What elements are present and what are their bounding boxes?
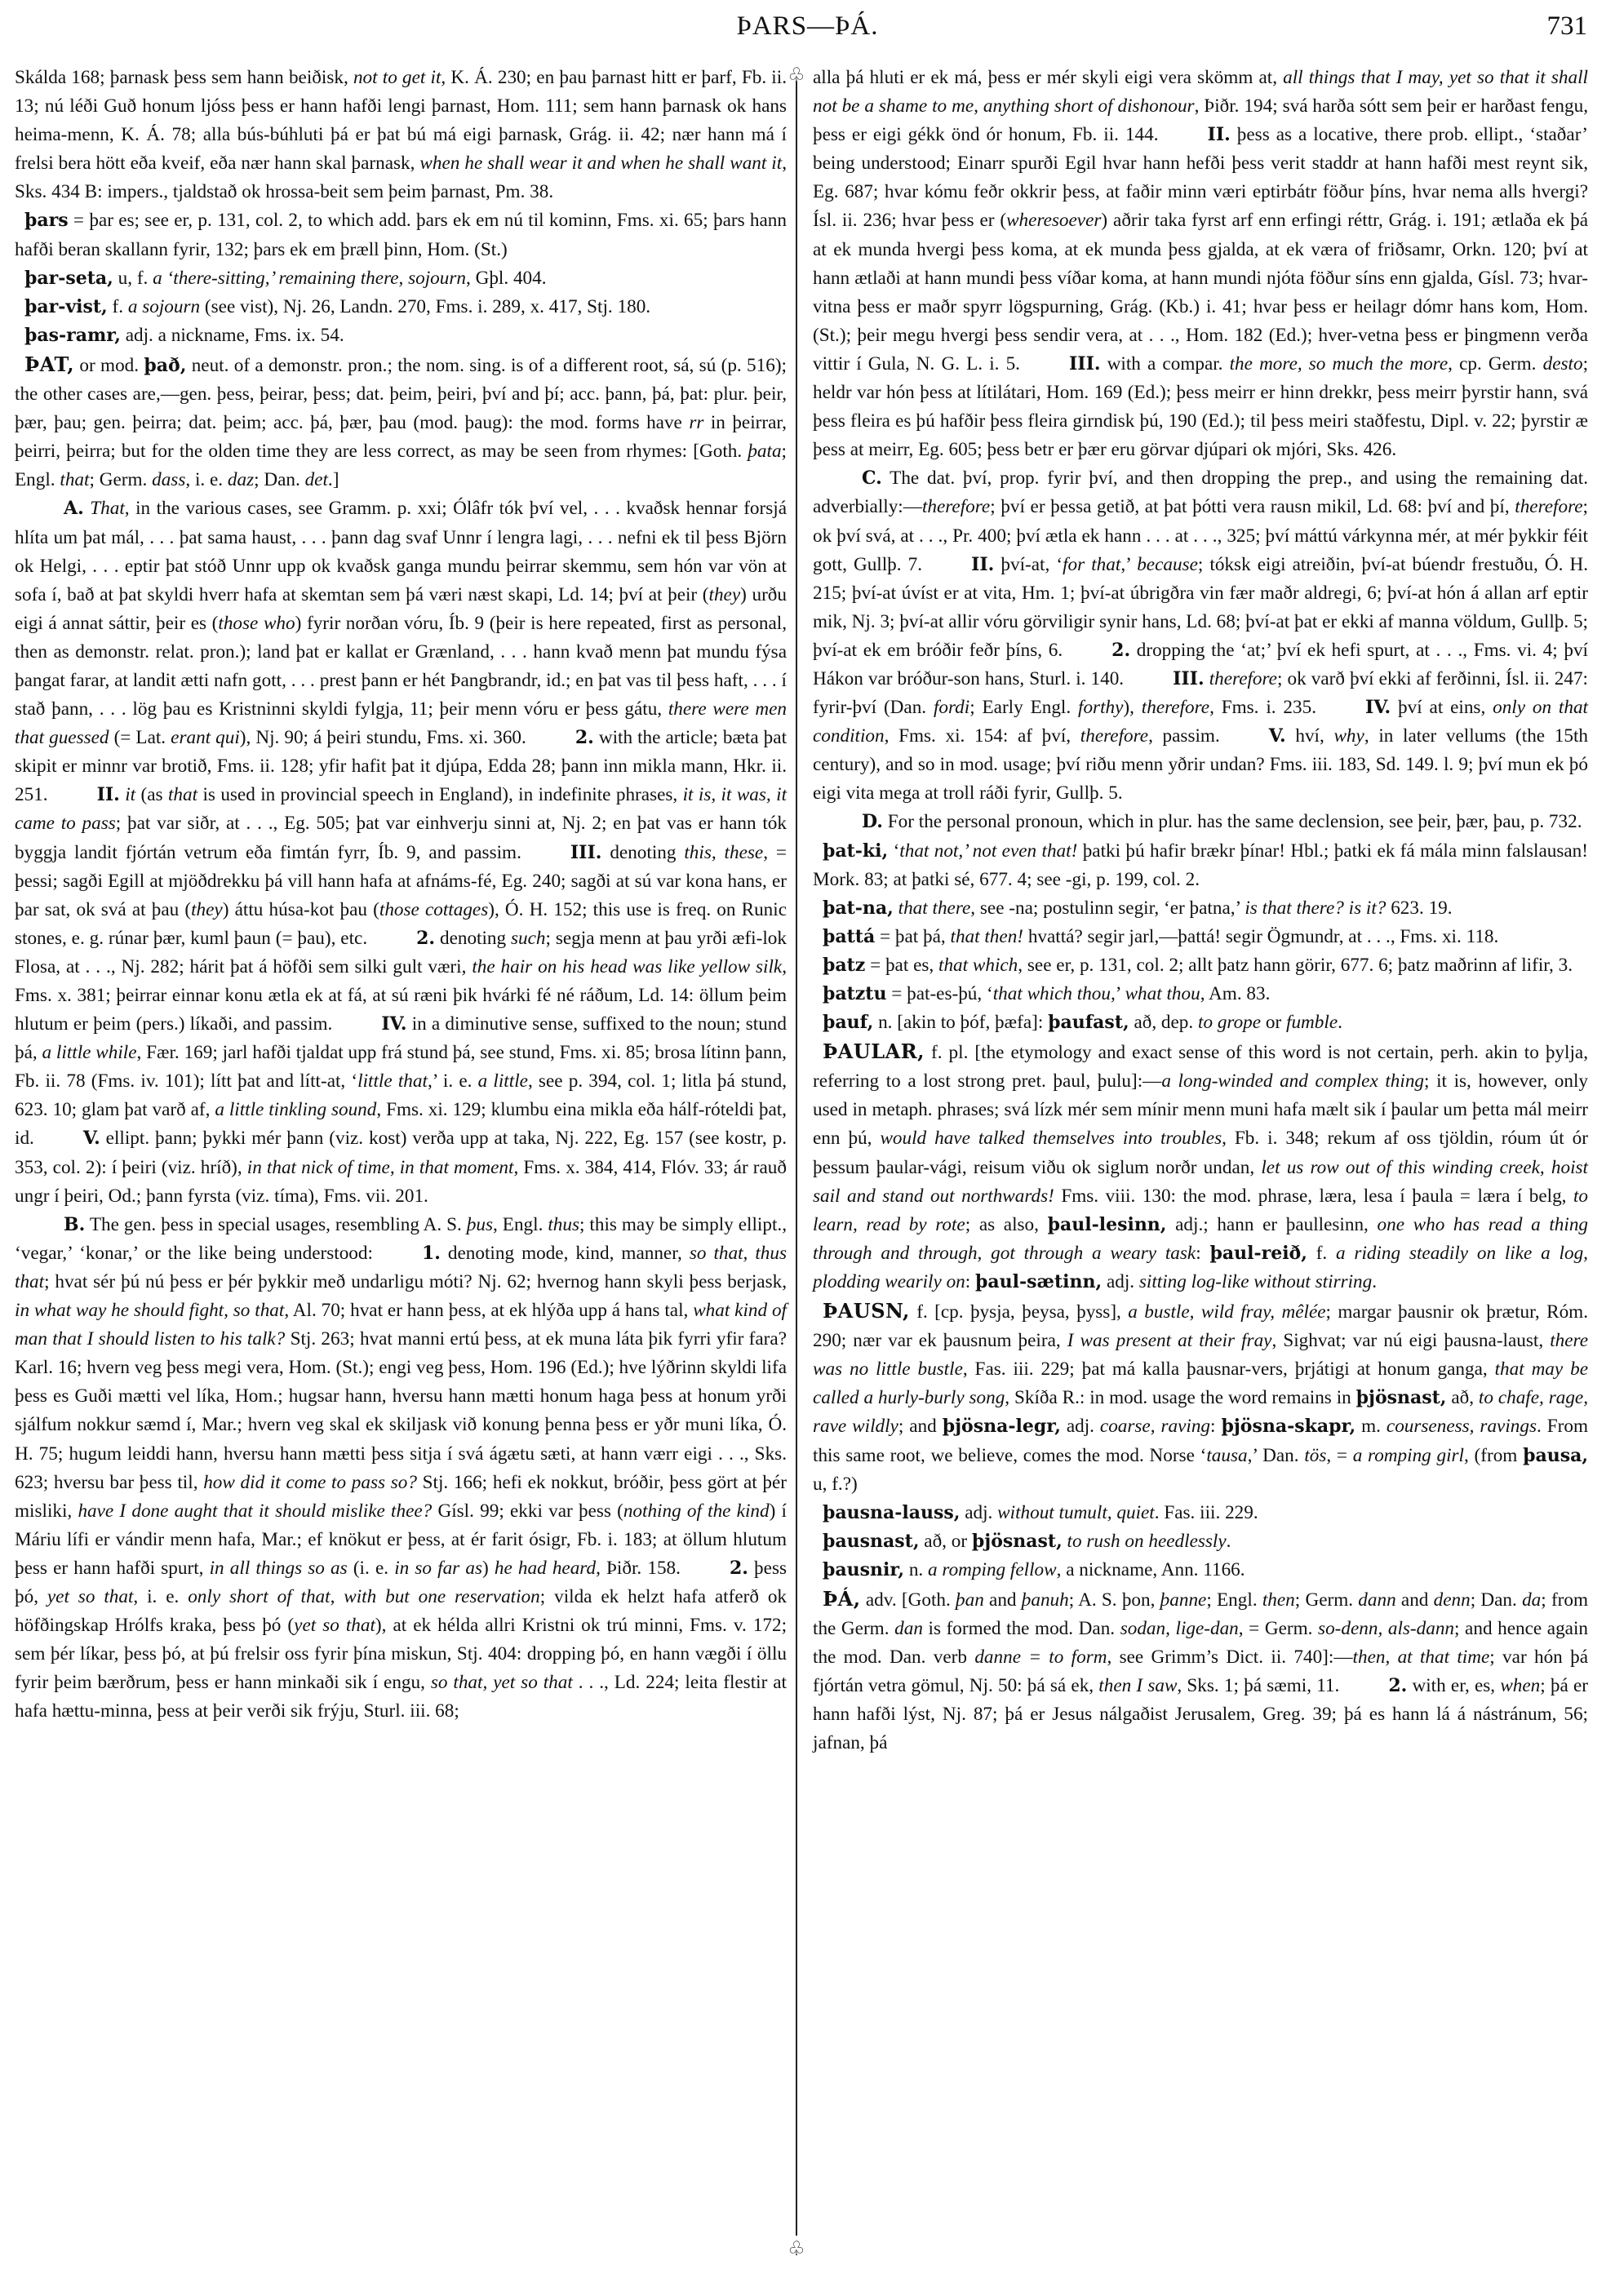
- gloss-italic: therefore: [1515, 496, 1582, 517]
- headword: þar-vist,: [24, 296, 108, 317]
- text-run: (as: [135, 784, 168, 805]
- headword: þars: [24, 210, 69, 231]
- gloss-italic: a little while: [42, 1042, 137, 1063]
- gloss-italic: that: [60, 469, 89, 490]
- dictionary-entry: þar-seta, u, f. a ‘there-sitting,’ remai…: [15, 264, 787, 293]
- gloss-italic: That: [90, 498, 125, 519]
- text-run: ; Early Engl.: [969, 697, 1078, 718]
- text-run: adj.: [1061, 1416, 1100, 1437]
- gloss-italic: a bustle, wild fray, mêlée: [1128, 1301, 1325, 1323]
- sense-marker: III.: [1069, 353, 1101, 375]
- headword: þauf,: [823, 1012, 873, 1033]
- dictionary-entry: þat-na, that there, see -na; postulinn s…: [813, 894, 1588, 923]
- text-run: , Fas. iii. 229; þat má kalla þausnar-ve…: [963, 1359, 1495, 1380]
- running-head: ÞARS—ÞÁ. 731: [0, 0, 1615, 57]
- gloss-italic: so that, yet so that: [431, 1672, 573, 1693]
- gloss-italic: therefore: [1209, 668, 1277, 689]
- gloss-italic: da: [1522, 1589, 1541, 1611]
- headword: þat-ki,: [823, 840, 888, 862]
- entry-section: A. That, in the various cases, see Gramm…: [15, 494, 787, 1210]
- headword: þausnast,: [823, 1531, 919, 1552]
- text-run: denoting: [435, 928, 511, 949]
- gloss-italic: nothing of the kind: [623, 1500, 770, 1522]
- gloss-italic: they: [709, 584, 741, 605]
- text-run: n. [akin to þóf, þæfa]:: [873, 1012, 1048, 1033]
- gloss-italic: a little tinkling sound: [215, 1099, 376, 1120]
- text-run: ,’: [1120, 554, 1137, 575]
- gloss-italic: therefore: [922, 496, 990, 517]
- gloss-italic: fumble: [1286, 1012, 1338, 1033]
- sense-marker: III.: [1173, 668, 1205, 689]
- gloss-italic: in so far as: [394, 1558, 482, 1579]
- text-run: , Sks. 1; þá sæmi, 11.: [1177, 1675, 1339, 1696]
- sense-marker: D.: [862, 811, 883, 832]
- sense-marker: 2.: [1388, 1675, 1407, 1696]
- dictionary-entry: þars = þar es; see er, p. 131, col. 2, t…: [15, 206, 787, 264]
- sense-marker: V.: [83, 1128, 100, 1149]
- text-run: = þar es; see er, p. 131, col. 2, to whi…: [15, 210, 787, 259]
- text-run: , passim.: [1148, 725, 1220, 747]
- headword: þar-seta,: [24, 268, 113, 289]
- dictionary-entry: ÞAUSN, f. [cp. þysja, þeysa, þyss], a bu…: [813, 1296, 1588, 1499]
- text-run: .: [1372, 1271, 1377, 1292]
- sense-marker: V.: [1269, 725, 1286, 747]
- gloss-italic: a romping fellow: [928, 1559, 1057, 1580]
- gloss-italic: so-denn, als-dann: [1318, 1618, 1454, 1639]
- gloss-italic: sitting log-like without stirring: [1139, 1271, 1372, 1292]
- text-run: (= Lat.: [109, 727, 171, 748]
- text-run: , Al. 70; hvat er hann þess, at ek hlýða…: [284, 1300, 693, 1321]
- text-run: , in the various cases, see Gramm. p. xx…: [15, 498, 787, 605]
- dictionary-entry: þatztu = þat-es-þú, ‘that which thou,’ w…: [813, 980, 1588, 1008]
- gloss-italic: he had heard: [495, 1558, 596, 1579]
- gloss-italic: a long-winded and complex thing: [1161, 1070, 1424, 1092]
- dictionary-entry: þas-ramr, adj. a nickname, Fms. ix. 54.: [15, 321, 787, 350]
- text-run: , Sighvat; var nú eigi þausna-laust,: [1271, 1330, 1550, 1351]
- text-run: ,’ Dan.: [1248, 1445, 1305, 1466]
- gloss-italic: without tumult, quiet: [997, 1502, 1155, 1523]
- gloss-italic: danne = to form: [974, 1647, 1107, 1668]
- text-run: For the personal pronoun, which in plur.…: [883, 811, 1582, 832]
- text-run: u, f.?): [813, 1474, 858, 1495]
- text-run: f.: [108, 296, 128, 317]
- running-title: ÞARS—ÞÁ.: [0, 11, 1615, 42]
- text-run: , cp. Germ.: [1448, 353, 1542, 375]
- text-run: , Gþl. 404.: [466, 268, 547, 289]
- right-column: alla þá hluti er ek má, þess er mér skyl…: [813, 64, 1588, 1758]
- gloss-italic: why: [1333, 725, 1364, 747]
- text-run: því-at, ‘: [994, 554, 1063, 575]
- headword: þjösna-skapr,: [1221, 1416, 1355, 1437]
- gloss-italic: that there: [898, 898, 971, 919]
- dictionary-entry: þausnast, að, or þjösnast, to rush on he…: [813, 1527, 1588, 1556]
- text-run: , = Germ.: [1239, 1618, 1318, 1639]
- text-run: n.: [904, 1559, 928, 1580]
- headword: þausa,: [1523, 1445, 1588, 1466]
- text-run: ; Dan.: [254, 469, 304, 490]
- text-run: :: [965, 1271, 975, 1292]
- dictionary-entry: þar-vist, f. a sojourn (see vist), Nj. 2…: [15, 293, 787, 321]
- text-run: Gísl. 99; ekki var þess (: [432, 1500, 623, 1522]
- text-run: ; Engl.: [1206, 1589, 1262, 1611]
- gloss-italic: a little: [478, 1070, 528, 1092]
- headword: þaul-sætinn,: [975, 1271, 1102, 1292]
- text-run: adj.; hann er þaullesinn,: [1166, 1214, 1377, 1235]
- gloss-italic: when he shall wear it and when he shall …: [419, 153, 782, 174]
- headword: þas-ramr,: [24, 325, 121, 346]
- text-run: The gen. þess in special usages, resembl…: [85, 1214, 467, 1235]
- text-run: því at eins,: [1391, 697, 1493, 718]
- headword: þjösnast,: [1356, 1387, 1447, 1408]
- text-run: denoting mode, kind, manner,: [441, 1243, 690, 1264]
- text-run: , (from: [1464, 1445, 1523, 1466]
- text-run: and: [984, 1589, 1022, 1611]
- headword: það,: [144, 355, 186, 376]
- gloss-italic: a ‘there-sitting,’ remaining there, sojo…: [153, 268, 466, 289]
- text-run: alla þá hluti er ek má, þess er mér skyl…: [813, 67, 1283, 88]
- gloss-italic: to rush on heedlessly: [1067, 1531, 1227, 1552]
- text-run: with a compar.: [1101, 353, 1230, 375]
- text-run: að, or: [919, 1531, 971, 1552]
- text-run: .: [1227, 1531, 1231, 1552]
- text-run: , Þiðr. 158.: [596, 1558, 681, 1579]
- gloss-italic: the more, so much the more: [1230, 353, 1449, 375]
- dictionary-entry: þausna-lauss, adj. without tumult, quiet…: [813, 1499, 1588, 1527]
- headword: ÞAUSN,: [823, 1299, 910, 1323]
- dictionary-entry: ÞAT, or mod. það, neut. of a demonstr. p…: [15, 350, 787, 494]
- gloss-italic: dass: [152, 469, 185, 490]
- gloss-italic: wheresoever: [1006, 210, 1101, 231]
- text-run: .: [1338, 1012, 1342, 1033]
- text-run: denoting: [601, 842, 684, 863]
- gloss-italic: denn: [1434, 1589, 1471, 1611]
- gloss-italic: coarse, raving: [1100, 1416, 1210, 1437]
- text-run: ‘: [888, 840, 899, 862]
- text-run: adj. a nickname, Fms. ix. 54.: [121, 325, 344, 346]
- text-run: Stj. 263; hvat manni ertú þess, at ek mu…: [15, 1328, 787, 1492]
- text-run: ; as also,: [965, 1214, 1048, 1235]
- gloss-italic: þan: [956, 1589, 984, 1611]
- headword: ÞAULAR,: [823, 1039, 925, 1063]
- text-run: Fms. viii. 130: the mod. phrase, læra, l…: [1054, 1186, 1573, 1207]
- gloss-italic: in what way he should fight, so that: [15, 1300, 284, 1321]
- gloss-italic: þanuh: [1022, 1589, 1069, 1611]
- gloss-italic: erant qui: [171, 727, 240, 748]
- page-number: 731: [1547, 11, 1588, 42]
- gloss-italic: then: [1262, 1589, 1295, 1611]
- text-run: and: [1396, 1589, 1434, 1611]
- headword: þatz: [823, 955, 865, 976]
- headword: þattá: [823, 926, 875, 947]
- text-run: adv. [Goth.: [861, 1589, 956, 1611]
- text-run: ; Dan.: [1471, 1589, 1522, 1611]
- gloss-italic: in that nick of time, in that moment: [247, 1157, 514, 1178]
- gloss-italic: tausa: [1206, 1445, 1247, 1466]
- gloss-italic: courseness, ravings: [1387, 1416, 1537, 1437]
- column-divider: [796, 82, 797, 2236]
- gloss-italic: sodan, lige-dan: [1120, 1618, 1239, 1639]
- text-run: ; Germ.: [1295, 1589, 1359, 1611]
- text-run: , i. e.: [133, 1586, 188, 1607]
- text-run: adj.: [960, 1502, 997, 1523]
- sense-marker: III.: [570, 842, 602, 863]
- text-run: hvattá? segir jarl,—þattá! segir Ögmundr…: [1023, 926, 1498, 947]
- text-run: (see vist), Nj. 26, Landn. 270, Fms. i. …: [200, 296, 650, 317]
- sense-marker: C.: [862, 468, 882, 489]
- gloss-italic: dann: [1358, 1589, 1395, 1611]
- text-run: or: [1261, 1012, 1286, 1033]
- text-run: (i. e.: [348, 1558, 395, 1579]
- gloss-italic: then I saw: [1098, 1675, 1177, 1696]
- text-run: ’: [1116, 983, 1125, 1004]
- gloss-italic: when: [1500, 1675, 1540, 1696]
- gloss-italic: they: [191, 899, 223, 920]
- sense-marker: 2.: [575, 727, 594, 748]
- gloss-italic: forthy: [1078, 697, 1123, 718]
- headword: þausnir,: [823, 1559, 904, 1580]
- gloss-italic: little that: [357, 1070, 428, 1092]
- sense-marker: 2.: [1111, 640, 1130, 661]
- gloss-italic: that then!: [951, 926, 1024, 947]
- gloss-italic: that not,’ not even that!: [899, 840, 1077, 862]
- headword: þaul-reið,: [1209, 1243, 1307, 1264]
- dictionary-entry: þat-ki, ‘that not,’ not even that! þatki…: [813, 837, 1588, 894]
- text-run: :: [1210, 1416, 1221, 1437]
- sense-marker: IV.: [381, 1013, 406, 1035]
- text-run: , =: [1326, 1445, 1352, 1466]
- entry-continuation: alla þá hluti er ek má, þess er mér skyl…: [813, 64, 1588, 464]
- gloss-italic: the hair on his head was like yellow sil…: [472, 956, 782, 977]
- text-run: u, f.: [113, 268, 153, 289]
- headword: ÞAT,: [24, 352, 74, 376]
- entry-section: D. For the personal pronoun, which in pl…: [813, 808, 1588, 836]
- text-run: is formed the mod. Dan.: [923, 1618, 1120, 1639]
- text-run: ; því er þessa getið, at þat þótti vera …: [990, 496, 1515, 517]
- sense-marker: IV.: [1365, 697, 1391, 718]
- gloss-italic: tös: [1304, 1445, 1326, 1466]
- text-run: adj.: [1102, 1271, 1139, 1292]
- sense-marker: B.: [64, 1214, 85, 1235]
- dictionary-entry: ÞÁ, adv. [Goth. þan and þanuh; A. S. þon…: [813, 1585, 1588, 1758]
- text-run: = þat es,: [865, 955, 938, 976]
- text-run: að, dep.: [1129, 1012, 1198, 1033]
- gloss-italic: those cottages: [379, 899, 488, 920]
- text-run: Skálda 168; þarnask þess sem hann beiðis…: [15, 67, 353, 88]
- text-run: ; and: [898, 1416, 943, 1437]
- entry-section: B. The gen. þess in special usages, rese…: [15, 1211, 787, 1726]
- left-column: Skálda 168; þarnask þess sem hann beiðis…: [15, 64, 787, 1726]
- gloss-italic: would have talked themselves into troubl…: [880, 1128, 1222, 1149]
- dictionary-entry: þattá = þat þá, that then! hvattá? segir…: [813, 923, 1588, 951]
- gloss-italic: daz: [228, 469, 254, 490]
- headword: þat-na,: [823, 898, 894, 919]
- dictionary-entry: ÞAULAR, f. pl. [the etymology and exact …: [813, 1037, 1588, 1296]
- gloss-italic: I was present at their fray: [1067, 1330, 1272, 1351]
- headword: þaul-lesinn,: [1048, 1214, 1167, 1235]
- gloss-italic: such: [511, 928, 546, 949]
- text-run: ),: [1123, 697, 1141, 718]
- gloss-italic: rr: [689, 412, 703, 433]
- gloss-italic: desto: [1543, 353, 1583, 375]
- gloss-italic: what thou: [1125, 983, 1200, 1004]
- gloss-italic: therefore: [1080, 725, 1148, 747]
- gloss-italic: in all things so as: [210, 1558, 348, 1579]
- text-run: ): [482, 1558, 495, 1579]
- text-run: ) aðrir taka fyrst arf enn erfingi réttr…: [813, 210, 1588, 374]
- gloss-italic: how did it come to pass so?: [203, 1472, 417, 1493]
- gloss-italic: a sojourn: [128, 296, 200, 317]
- text-run: :: [1196, 1243, 1209, 1264]
- sense-marker: II.: [971, 554, 994, 575]
- text-run: ; A. S. þon,: [1069, 1589, 1160, 1611]
- text-run: is used in provincial speech in England)…: [197, 784, 683, 805]
- gloss-italic: this, these: [684, 842, 763, 863]
- trefoil-ornament-icon: ♧: [785, 2237, 808, 2260]
- gloss-italic: have I done aught that it should mislike…: [78, 1500, 432, 1522]
- text-run: , see Grimm’s Dict. ii. 740]:—: [1107, 1647, 1352, 1668]
- text-run: . Fas. iii. 229.: [1155, 1502, 1258, 1523]
- text-run: ,’ i. e.: [428, 1070, 478, 1092]
- text-run: , Skíða R.: in mod. usage the word remai…: [1005, 1387, 1355, 1408]
- gloss-italic: thus: [548, 1214, 579, 1235]
- text-run: , Fms. i. 235.: [1209, 697, 1316, 718]
- text-run: , Fms. xi. 154: af því,: [885, 725, 1080, 747]
- text-run: , Engl.: [493, 1214, 548, 1235]
- text-run: , see -na; postulinn segir, ‘er þatna,’: [970, 898, 1245, 919]
- gloss-italic: þus: [467, 1214, 493, 1235]
- dictionary-entry: þauf, n. [akin to þóf, þæfa]: þaufast, a…: [813, 1008, 1588, 1037]
- text-run: ), Nj. 90; á þeiri stundu, Fms. xi. 360.: [240, 727, 526, 748]
- gloss-italic: because: [1137, 554, 1198, 575]
- text-run: f.: [1307, 1243, 1336, 1264]
- text-run: að,: [1446, 1387, 1478, 1408]
- headword: þatztu: [823, 983, 886, 1004]
- headword: ÞÁ,: [823, 1587, 861, 1611]
- gloss-italic: that which: [938, 955, 1018, 976]
- sense-marker: II.: [97, 784, 120, 805]
- text-run: with er, es,: [1407, 1675, 1500, 1696]
- headword: þausna-lauss,: [823, 1502, 960, 1523]
- text-run: = þat-es-þú, ‘: [886, 983, 992, 1004]
- gloss-italic: only short of that, with but one reserva…: [188, 1586, 540, 1607]
- gloss-italic: therefore: [1142, 697, 1209, 718]
- text-run: or mod.: [74, 355, 144, 376]
- text-run: , Am. 83.: [1200, 983, 1271, 1004]
- text-run: m.: [1355, 1416, 1387, 1437]
- text-run: hví,: [1286, 725, 1334, 747]
- sense-marker: 1.: [422, 1243, 441, 1264]
- text-run: ) áttu húsa-kot þau (: [223, 899, 379, 920]
- text-run: ; Germ.: [89, 469, 152, 490]
- gloss-italic: þata: [748, 441, 781, 462]
- gloss-italic: dan: [894, 1618, 923, 1639]
- gloss-italic: a romping girl: [1353, 1445, 1464, 1466]
- gloss-italic: that: [168, 784, 197, 805]
- gloss-italic: fordi: [934, 697, 969, 718]
- gloss-italic: yet so that: [47, 1586, 134, 1607]
- sense-marker: 2.: [730, 1558, 748, 1579]
- entry-continuation: Skálda 168; þarnask þess sem hann beiðis…: [15, 64, 787, 206]
- gloss-italic: det: [305, 469, 328, 490]
- gloss-italic: then, at that time: [1353, 1647, 1490, 1668]
- headword: þjösna-legr,: [943, 1416, 1061, 1437]
- dictionary-entry: þausnir, n. a romping fellow, a nickname…: [813, 1556, 1588, 1585]
- headword: þaufast,: [1048, 1012, 1129, 1033]
- dictionary-entry: þatz = þat es, that which, see er, p. 13…: [813, 951, 1588, 980]
- text-run: f. [cp. þysja, þeysa, þyss],: [910, 1301, 1128, 1323]
- sense-marker: 2.: [416, 928, 435, 949]
- gloss-italic: that which thou,: [993, 983, 1116, 1004]
- text-run: , see er, p. 131, col. 2; allt þatz hann…: [1018, 955, 1573, 976]
- text-run: , i. e.: [185, 469, 228, 490]
- gloss-italic: it: [125, 784, 135, 805]
- gloss-italic: þanne: [1160, 1589, 1207, 1611]
- text-run: = þat þá,: [875, 926, 950, 947]
- text-run: .]: [328, 469, 339, 490]
- gloss-italic: is that there? is it?: [1245, 898, 1386, 919]
- gloss-italic: those who: [218, 613, 295, 634]
- gloss-italic: for that: [1063, 554, 1120, 575]
- headword: þjösnast,: [972, 1531, 1063, 1552]
- text-run: , a nickname, Ann. 1166.: [1057, 1559, 1245, 1580]
- sense-marker: II.: [1208, 124, 1231, 145]
- sense-marker: A.: [64, 498, 84, 519]
- entry-section: C. The dat. því, prop. fyrir því, and th…: [813, 464, 1588, 808]
- gloss-italic: to grope: [1198, 1012, 1261, 1033]
- gloss-italic: not to get it: [353, 67, 441, 88]
- gloss-italic: yet so that: [294, 1615, 375, 1636]
- text-run: 623. 19.: [1386, 898, 1452, 919]
- text-run: ; hvat sér þú nú þess er þér þykkir með …: [44, 1271, 787, 1292]
